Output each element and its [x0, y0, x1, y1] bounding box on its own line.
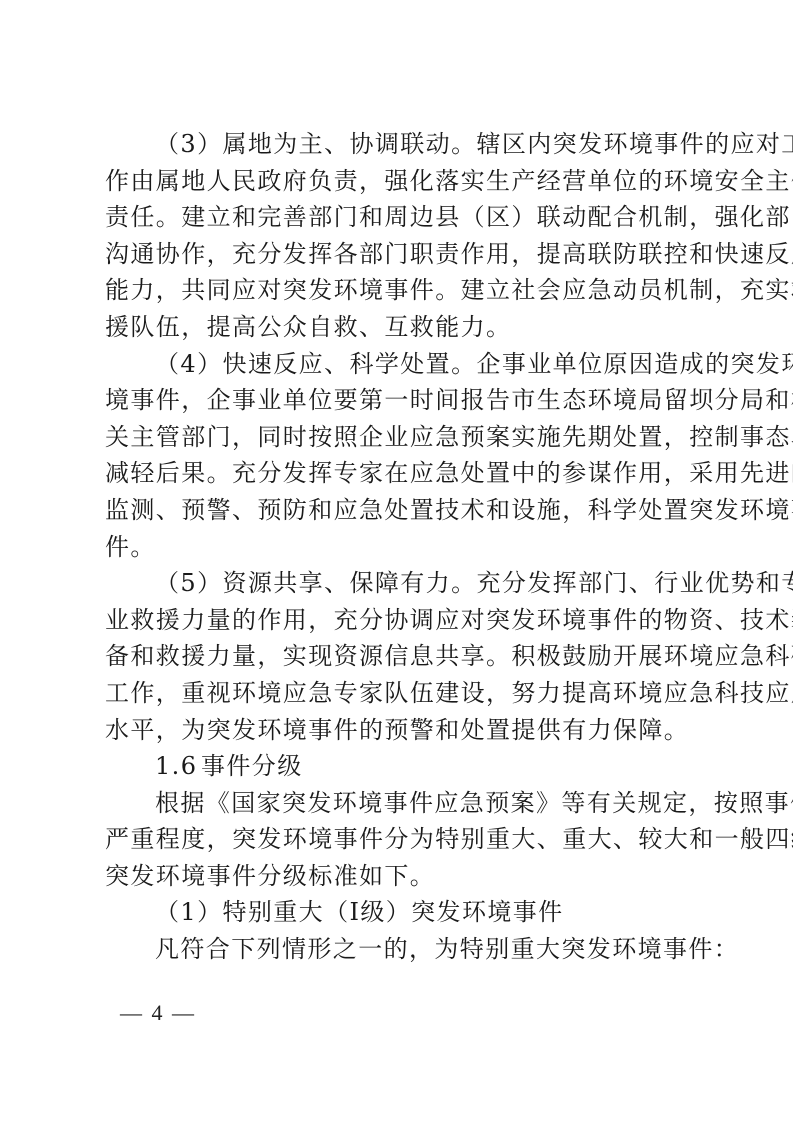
- text-line: 根据《国家突发环境事件应急预案》等有关规定，按照事件: [105, 785, 693, 822]
- text-line: 境事件，企事业单位要第一时间报告市生态环境局留坝分局和相: [105, 382, 693, 419]
- text-line: 作由属地人民政府负责，强化落实生产经营单位的环境安全主体: [105, 163, 693, 200]
- text-line: 业救援力量的作用，充分协调应对突发环境事件的物资、技术装: [105, 602, 693, 639]
- section-heading: 1.6事件分级: [105, 748, 693, 785]
- text-line: （4）快速反应、科学处置。企事业单位原因造成的突发环: [105, 346, 693, 383]
- text-line: 件。: [105, 529, 693, 566]
- text-line: 突发环境事件分级标准如下。: [105, 858, 693, 895]
- text-line: 责任。建立和完善部门和周边县（区）联动配合机制，强化部门: [105, 199, 693, 236]
- level-1-heading: （1）特别重大（I级）突发环境事件: [105, 894, 693, 931]
- section-title: 事件分级: [201, 752, 303, 780]
- document-page: （3）属地为主、协调联动。辖区内突发环境事件的应对工 作由属地人民政府负责，强化…: [105, 126, 693, 968]
- section-number: 1.6: [155, 748, 201, 785]
- text-line: 水平，为突发环境事件的预警和处置提供有力保障。: [105, 712, 693, 749]
- paragraph-principle-3: （3）属地为主、协调联动。辖区内突发环境事件的应对工 作由属地人民政府负责，强化…: [105, 126, 693, 346]
- text-line: 工作，重视环境应急专家队伍建设，努力提高环境应急科技应用: [105, 675, 693, 712]
- page-number: — 4 —: [120, 1000, 196, 1026]
- text-line: 减轻后果。充分发挥专家在应急处置中的参谋作用，采用先进的: [105, 455, 693, 492]
- paragraph-classification: 根据《国家突发环境事件应急预案》等有关规定，按照事件 严重程度，突发环境事件分为…: [105, 785, 693, 895]
- text-line: 监测、预警、预防和应急处置技术和设施，科学处置突发环境事: [105, 492, 693, 529]
- text-line: 能力，共同应对突发环境事件。建立社会应急动员机制，充实救: [105, 272, 693, 309]
- text-line: （3）属地为主、协调联动。辖区内突发环境事件的应对工: [105, 126, 693, 163]
- text-line: 备和救援力量，实现资源信息共享。积极鼓励开展环境应急科研: [105, 638, 693, 675]
- level-1-intro: 凡符合下列情形之一的，为特别重大突发环境事件：: [105, 931, 693, 968]
- text-line: 关主管部门，同时按照企业应急预案实施先期处置，控制事态、: [105, 419, 693, 456]
- text-line: 援队伍，提高公众自救、互救能力。: [105, 309, 693, 346]
- text-line: 严重程度，突发环境事件分为特别重大、重大、较大和一般四级。: [105, 821, 693, 858]
- text-line: （5）资源共享、保障有力。充分发挥部门、行业优势和专: [105, 565, 693, 602]
- text-line: 沟通协作，充分发挥各部门职责作用，提高联防联控和快速反应: [105, 236, 693, 273]
- paragraph-principle-5: （5）资源共享、保障有力。充分发挥部门、行业优势和专 业救援力量的作用，充分协调…: [105, 565, 693, 748]
- paragraph-principle-4: （4）快速反应、科学处置。企事业单位原因造成的突发环 境事件，企事业单位要第一时…: [105, 346, 693, 566]
